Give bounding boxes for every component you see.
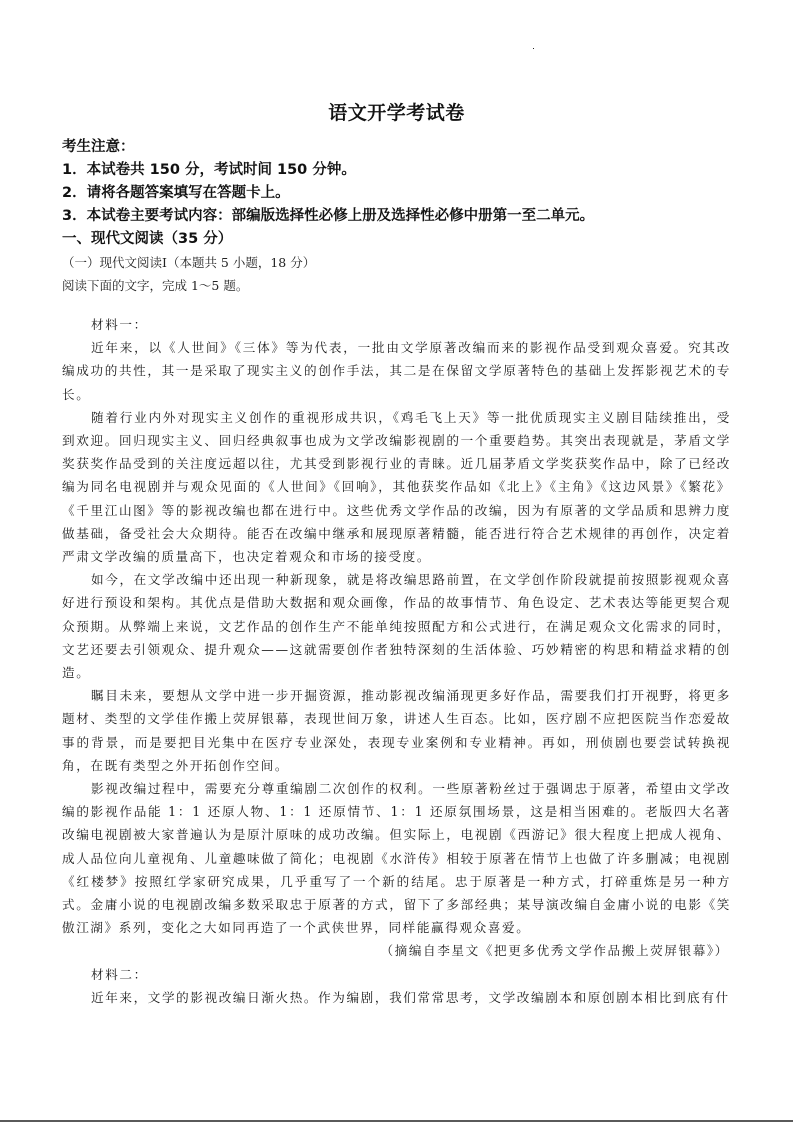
notice-item-2: 2．请将各题答案填写在答题卡上。 [62,182,742,205]
material-one-label: 材料一： [62,313,731,336]
material-one-paragraph: 随着行业内外对现实主义创作的重视形成共识，《鸡毛飞上天》等一批优质现实主义剧目陆… [62,406,731,568]
reading-passage: 材料一： 近年来，以《人世间》《三体》等为代表，一批由文学原著改编而来的影视作品… [62,313,731,1009]
exam-notice: 考生注意： 1．本试卷共 150 分，考试时间 150 分钟。 2．请将各题答案… [62,136,742,297]
material-one-paragraph: 如今，在文学改编中还出现一种新现象，就是将改编思路前置，在文学创作阶段就提前按照… [62,568,731,684]
notice-heading: 考生注意： [62,136,742,159]
scan-artifact-dot [533,48,534,49]
notice-item-1: 1．本试卷共 150 分，考试时间 150 分钟。 [62,159,742,182]
material-two-paragraph: 近年来，文学的影视改编日渐火热。作为编剧，我们常常思考，文学改编剧本和原创剧本相… [62,986,731,1009]
section-heading: 一、现代文阅读（35 分） [62,228,742,251]
material-one-paragraph: 近年来，以《人世间》《三体》等为代表，一批由文学原著改编而来的影视作品受到观众喜… [62,336,731,406]
material-two-label: 材料二： [62,963,731,986]
reading-instruction: 阅读下面的文字，完成 1～5 题。 [62,274,742,297]
material-one-paragraph: 瞩目未来，要想从文学中进一步开掘资源，推动影视改编涌现更多好作品，需要我们打开视… [62,684,731,777]
exam-title: 语文开学考试卷 [0,98,793,125]
subsection-heading: （一）现代文阅读Ⅰ（本题共 5 小题，18 分） [62,251,742,274]
notice-item-3: 3．本试卷主要考试内容：部编版选择性必修上册及选择性必修中册第一至二单元。 [62,205,742,228]
material-one-source: （摘编自李星文《把更多优秀文学作品搬上荧屏银幕》） [62,939,731,962]
material-one-paragraph: 影视改编过程中，需要充分尊重编剧二次创作的权利。一些原著粉丝过于强调忠于原著，希… [62,777,731,939]
